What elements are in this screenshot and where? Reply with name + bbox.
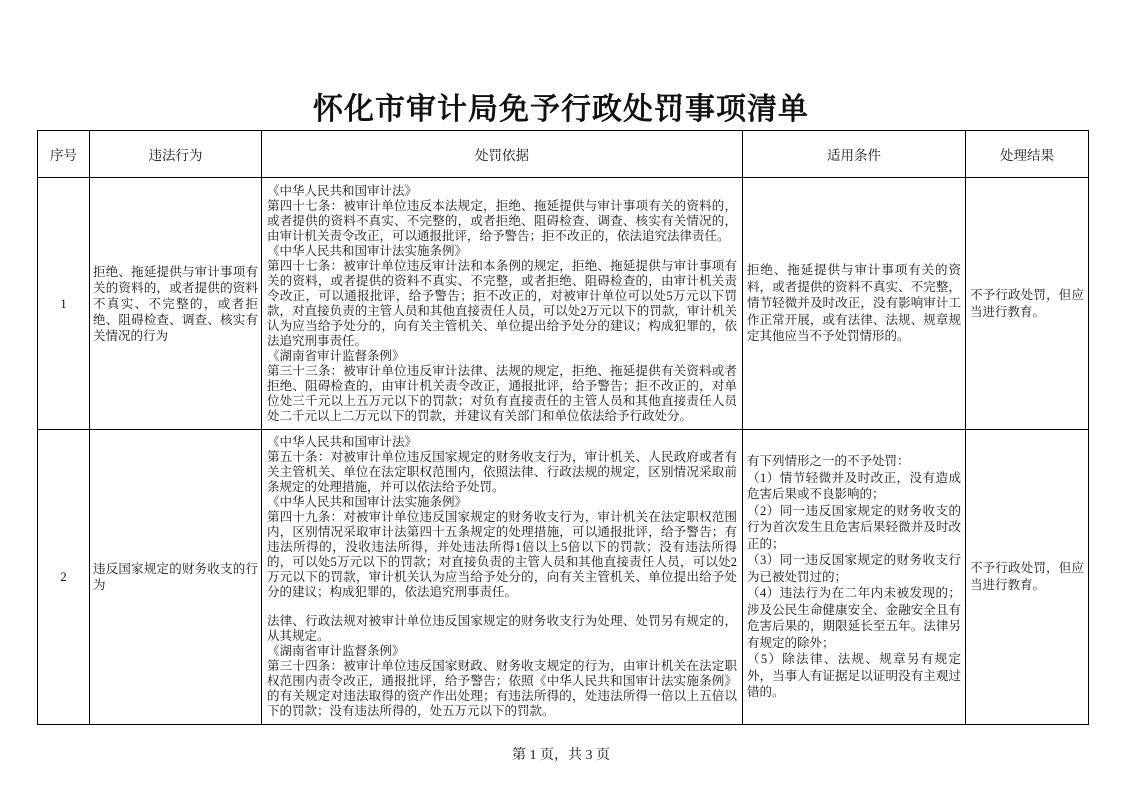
law-article: 第四十九条：对被审计单位违反国家规定的财务收支行为，审计机关在法定职权范围内，区…	[267, 510, 737, 600]
law-article: 第三十三条：被审计单位违反审计法律、法规的规定，拒绝、拖延提供有关资料或者拒绝、…	[267, 364, 737, 424]
column-header-violation: 违法行为	[90, 131, 262, 178]
condition-item-4: （4）违法行为在二年内未被发现的；涉及公民生命健康安全、金融安全且有危害后果的，…	[747, 585, 961, 651]
condition-item-5: （5）除法律、法规、规章另有规定外，当事人有证据足以证明没有主观过错的。	[747, 651, 961, 701]
condition-intro: 有下列情形之一的不予处罚：	[747, 453, 961, 470]
row1-conditions-cell: 拒绝、拖延提供与审计事项有关的资料，或者提供的资料不真实、不完整，情节轻微并及时…	[743, 178, 966, 430]
law-title: 《湖南省审计监督条例》	[267, 644, 737, 659]
column-header-conditions: 适用条件	[743, 131, 966, 178]
table-row-1: 1 拒绝、拖延提供与审计事项有关的资料的，或者提供的资料不真实、不完整的，或者拒…	[38, 178, 1089, 430]
document-page: 怀化市审计局免予行政处罚事项清单 序号 违法行为 处罚依据 适用条件 处理结果 …	[0, 0, 1122, 793]
row1-result-cell: 不予行政处罚，但应当进行教育。	[966, 178, 1089, 430]
law-title: 《中华人民共和国审计法实施条例》	[267, 495, 737, 510]
row2-basis-cell: 《中华人民共和国审计法》 第五十条：对被审计单位违反国家规定的财务收支行为，审计…	[262, 430, 743, 725]
row2-seq-cell: 2	[38, 430, 90, 725]
condition-item-3: （3）同一违反国家规定的财务收支行为已被处罚过的；	[747, 552, 961, 585]
column-header-result: 处理结果	[966, 131, 1089, 178]
page-number: 第 1 页，共 3 页	[0, 744, 1122, 764]
condition-item-1: （1）情节轻微并及时改正，没有造成危害后果或不良影响的；	[747, 470, 961, 503]
law-article: 第五十条：对被审计单位违反国家规定的财务收支行为，审计机关、人民政府或者有关主管…	[267, 450, 737, 495]
law-article: 第四十七条：被审计单位违反本法规定，拒绝、拖延提供与审计事项有关的资料的，或者提…	[267, 199, 737, 244]
row2-violation-cell: 违反国家规定的财务收支的行为	[90, 430, 262, 725]
condition-item-2: （2）同一违反国家规定的财务收支的行为首次发生且危害后果轻微并及时改正的；	[747, 503, 961, 553]
law-article: 法律、行政法规对被审计单位违反国家规定的财务收支行为处理、处罚另有规定的，从其规…	[267, 614, 737, 644]
document-title: 怀化市审计局免予行政处罚事项清单	[0, 84, 1122, 128]
table-row-2: 2 违反国家规定的财务收支的行为 《中华人民共和国审计法》 第五十条：对被审计单…	[38, 430, 1089, 725]
law-article: 第三十四条：被审计单位违反国家财政、财务收支规定的行为，由审计机关在法定职权范围…	[267, 659, 737, 719]
row1-violation-cell: 拒绝、拖延提供与审计事项有关的资料的，或者提供的资料不真实、不完整的，或者拒绝、…	[90, 178, 262, 430]
row1-seq-cell: 1	[38, 178, 90, 430]
law-title: 《中华人民共和国审计法实施条例》	[267, 244, 737, 259]
column-header-basis: 处罚依据	[262, 131, 743, 178]
law-title: 《湖南省审计监督条例》	[267, 349, 737, 364]
law-article: 第四十七条：被审计单位违反审计法和本条例的规定，拒绝、拖延提供与审计事项有关的资…	[267, 259, 737, 349]
row1-basis-cell: 《中华人民共和国审计法》 第四十七条：被审计单位违反本法规定，拒绝、拖延提供与审…	[262, 178, 743, 430]
condition-text: 拒绝、拖延提供与审计事项有关的资料，或者提供的资料不真实、不完整，情节轻微并及时…	[747, 262, 961, 345]
column-header-seq: 序号	[38, 131, 90, 178]
penalty-exemption-table: 序号 违法行为 处罚依据 适用条件 处理结果 1 拒绝、拖延提供与审计事项有关的…	[37, 130, 1089, 725]
row2-conditions-cell: 有下列情形之一的不予处罚： （1）情节轻微并及时改正，没有造成危害后果或不良影响…	[743, 430, 966, 725]
table-header-row: 序号 违法行为 处罚依据 适用条件 处理结果	[38, 131, 1089, 178]
law-title: 《中华人民共和国审计法》	[267, 435, 737, 450]
row2-result-cell: 不予行政处罚，但应当进行教育。	[966, 430, 1089, 725]
law-title: 《中华人民共和国审计法》	[267, 184, 737, 199]
